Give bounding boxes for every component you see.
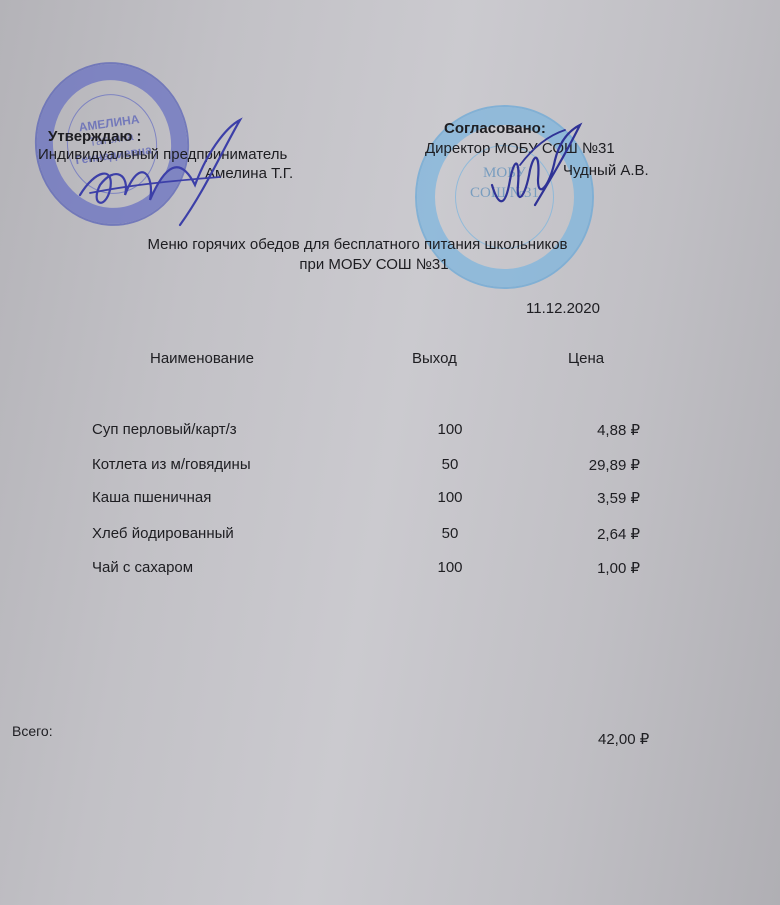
dish-yield: 50 (410, 456, 490, 473)
dish-name: Чай с сахаром (92, 559, 193, 576)
menu-title-line1: Меню горячих обедов для бесплатного пита… (0, 236, 715, 253)
column-header-price: Цена (568, 350, 604, 367)
dish-yield: 50 (410, 525, 490, 542)
dish-price: 2,64 ₽ (597, 525, 640, 543)
dish-yield: 100 (410, 489, 490, 506)
dish-price: 1,00 ₽ (597, 559, 640, 577)
dish-price: 3,59 ₽ (597, 489, 640, 507)
dish-name: Каша пшеничная (92, 489, 211, 506)
table-row: Хлеб йодированный 50 2,64 ₽ (0, 525, 780, 545)
dish-yield: 100 (410, 559, 490, 576)
dish-name: Суп перловый/карт/з (92, 421, 237, 438)
column-header-yield: Выход (412, 350, 457, 367)
total-value: 42,00 ₽ (598, 730, 649, 748)
menu-title-line2: при МОБУ СОШ №31 (0, 256, 748, 273)
dish-yield: 100 (410, 421, 490, 438)
table-row: Котлета из м/говядины 50 29,89 ₽ (0, 456, 780, 476)
column-header-name: Наименование (150, 350, 254, 367)
total-label: Всего: (12, 723, 53, 739)
dish-name: Хлеб йодированный (92, 525, 234, 542)
dish-price: 29,89 ₽ (589, 456, 640, 474)
table-row: Суп перловый/карт/з 100 4,88 ₽ (0, 421, 780, 441)
table-row: Каша пшеничная 100 3,59 ₽ (0, 489, 780, 509)
table-row: Чай с сахаром 100 1,00 ₽ (0, 559, 780, 579)
dish-name: Котлета из м/говядины (92, 456, 251, 473)
approval-signature (70, 115, 250, 235)
menu-date: 11.12.2020 (526, 300, 600, 317)
dish-price: 4,88 ₽ (597, 421, 640, 439)
agreement-signature (480, 125, 590, 225)
